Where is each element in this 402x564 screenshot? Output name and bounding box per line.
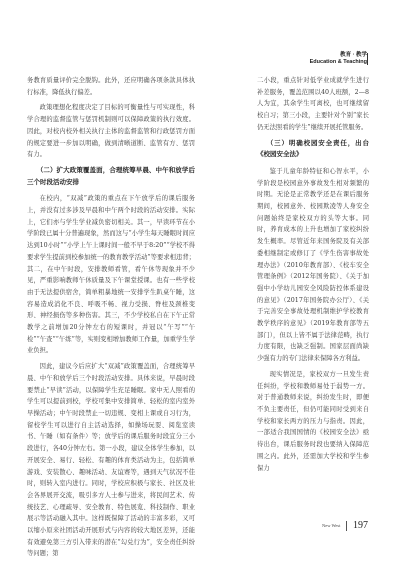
paragraph: 在校内，“双减”政策的重点在下午放学后的课后服务上，并没有过多涉及早晨和中午两个… [27, 193, 195, 357]
paragraph: 二小段，重点针对低学业成就学生进行补差服务，覆盖范围以40人班额，2—8人为宜，… [257, 75, 369, 134]
left-column: 务教育质量评价完全脱钩。此外，还应明确各项条款具体执行标准，降低执行偏差。 政策… [27, 75, 195, 564]
section-header: 教育 · 教学 Education & Teaching [310, 52, 367, 66]
right-column: 二小段，重点针对低学业成就学生进行补差服务，覆盖范围以40人班额，2—8人为宜，… [257, 75, 369, 478]
paragraph: 因此，建议今后应扩大“双减”政策覆盖面，合理统筹早晨、中午和放学后三个时段活动安… [27, 361, 195, 560]
header-divider [367, 53, 368, 65]
section-title-cn: 教育 · 教学 [310, 52, 367, 59]
magazine-name: New West [322, 523, 340, 528]
section-heading: （三）明确校园安全责任，出台《校园安全法》 [257, 138, 369, 161]
section-title-en: Education & Teaching [310, 59, 367, 66]
paragraph: 务教育质量评价完全脱钩。此外，还应明确各项条款具体执行标准，降低执行偏差。 [27, 75, 195, 98]
paragraph: 政策理想化程度决定了目标的可衡量性与可实现性，科学合理的监督监管与惩罚机制则可以… [27, 102, 195, 161]
page-number: 197 [353, 520, 368, 531]
page-footer: New West 197 [322, 520, 368, 531]
paragraph: 现实情况是，家校双方一旦发生责任纠纷，学校和教师易处于弱势一方。对于普通教师来说… [257, 369, 369, 474]
paragraph: 鉴于儿童年龄特征和心智水平，小学阶段是校园意外事故发生相对频繁的时期。无论是正常… [257, 166, 369, 365]
footer-divider [346, 521, 347, 531]
section-heading: （二）扩大政策覆盖面，合理统筹早晨、中午和放学后三个时段活动安排 [27, 165, 195, 188]
